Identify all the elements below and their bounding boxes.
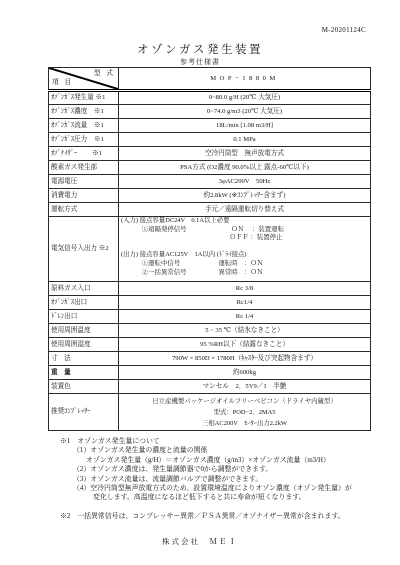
header-type-label: 型 式 (94, 70, 115, 78)
signal-line: ②一括異常信号 異常時 ：ＯＮ (121, 269, 368, 278)
row-value: PSA方式 (O2濃度 90.0%以上 露点-60℃以下) (119, 161, 371, 175)
row-label: 運転方式 (49, 203, 119, 217)
compressor-detail: 日立産機製パッケージオイルフリーベビコン（ドライヤ内蔵型） 型式：POD−2．2… (119, 394, 371, 431)
table-row: 使用周囲湿度95 %RH以下（結露なきこと） (49, 338, 371, 352)
row-value: 0~74.0 g/m3 (20℃ 大気圧) (119, 105, 371, 119)
table-row: ｵｿﾞﾅｲｻﾞｰ ※1空冷円筒型 無声放電方式 (49, 147, 371, 161)
table-row: ｵｿﾞﾝｶﾞｽ発生量 ※10~80.0 g/H (20℃ 大気圧) (49, 91, 371, 105)
note1-line: （2）オゾンガス濃度は、発生量調節器で0から調整ができます。 (60, 465, 380, 474)
table-row: 使用周囲温度5 ~ 35 ℃（結氷なきこと） (49, 324, 371, 338)
table-row: ｵｿﾞﾝｶﾞｽ流量 ※118L/min [1.08 m3/H] (49, 119, 371, 133)
note1-line: （4）空冷円筒型無声放電方式のため、設置環境温度によりオゾン濃度（オゾン発生量）… (60, 484, 380, 493)
row-value: 約2.8kW (※ｺﾝﾌﾟﾚｯｻｰ含まず) (119, 189, 371, 203)
row-value: Rc 1/4 (119, 310, 371, 324)
signal-line: ①運転中信号 運転時 ：ＯＮ (121, 260, 368, 269)
row-value: Rc 3/8 (119, 282, 371, 296)
row-label: 電源電圧 (49, 175, 119, 189)
note1-title: ※1 オゾンガス発生量について (60, 437, 380, 446)
row-value: 18L/min [1.08 m3/H] (119, 119, 371, 133)
row-label: ｵｿﾞﾝｶﾞｽ圧力 ※1 (49, 133, 119, 147)
row-value: 約600kg (119, 366, 371, 380)
row-value: マンセル 2．5Y9／1 半艶 (119, 380, 371, 394)
row-value: 790W × 850D × 1780H（ｷｬｽﾀｰ及び突起物含まず） (119, 352, 371, 366)
row-label: ｵｿﾞﾝｶﾞｽ出口 (49, 296, 119, 310)
table-row: ｵｿﾞﾝｶﾞｽ出口Rc1/4 (49, 296, 371, 310)
header-item-label: 項 目 (52, 79, 73, 87)
row-label: ﾄﾞﾚﾝ出口 (49, 310, 119, 324)
row-label: ｵｿﾞﾝｶﾞｽ流量 ※1 (49, 119, 119, 133)
row-value: 5 ~ 35 ℃（結氷なきこと） (119, 324, 371, 338)
signal-line: (出力) 接点容量AC125V 1A以内 (ﾄﾞﾗｲ接点) (121, 251, 368, 260)
note1-formula: オゾンガス発生量（g/H）＝オゾンガス濃度（g/m3）×オゾンガス流量（m3/H… (60, 456, 380, 465)
header-item-type-cell: 型 式 項 目 (49, 68, 119, 91)
signal-line: ①遠隔発停信号 ＯＮ ：装置運転 (121, 226, 368, 235)
signal-line: ＯＦＦ ：装置停止 (121, 234, 368, 243)
row-value: Rc1/4 (119, 296, 371, 310)
table-row: ｵｿﾞﾝｶﾞｽ圧力 ※10.1 MPa (49, 133, 371, 147)
notes-section-2: ※2 一括異常信号は、コンプレッサー異常／ＰＳＡ異常／オゾナイザー異常が含まれま… (60, 510, 390, 520)
signal-io-detail: (入力) 接点容量DC24V 0.1A以上必要 ①遠隔発停信号 ＯＮ ：装置運転… (119, 217, 371, 282)
row-value: 空冷円筒型 無声放電方式 (119, 147, 371, 161)
compressor-line: 三相AC200V ﾓｰﾀｰ出力2.2kW (121, 418, 368, 429)
row-value: 0~80.0 g/H (20℃ 大気圧) (119, 91, 371, 105)
row-label: 使用周囲湿度 (49, 338, 119, 352)
table-row: 原料ガス入口Rc 3/8 (49, 282, 371, 296)
table-row: 寸 法790W × 850D × 1780H（ｷｬｽﾀｰ及び突起物含まず） (49, 352, 371, 366)
table-row: 消費電力約2.8kW (※ｺﾝﾌﾟﾚｯｻｰ含まず) (49, 189, 371, 203)
row-label: ｵｿﾞﾝｶﾞｽ濃度 ※1 (49, 105, 119, 119)
spec-table: 型 式 項 目 MOP−1880M ｵｿﾞﾝｶﾞｽ発生量 ※10~80.0 g/… (48, 67, 371, 431)
spec-document-page: { "page": { "doc_number": "M-20201124C",… (0, 0, 400, 565)
table-row: 運転方式手元／遠隔運転切り替え式 (49, 203, 371, 217)
row-label: 推奨ｺﾝﾌﾟﾚｯｻｰ (49, 394, 119, 431)
document-number: M-20201124C (322, 26, 366, 34)
row-value: 95 %RH以下（結露なきこと） (119, 338, 371, 352)
row-label: 酸素ガス発生部 (49, 161, 119, 175)
note1-line: 変化します。高温度になるほど低下すると共に寿命が短くなります。 (60, 493, 380, 502)
row-label: ｵｿﾞﾝｶﾞｽ発生量 ※1 (49, 91, 119, 105)
note1-line: （1）オゾンガス発生量の濃度と流量の関係 (60, 446, 380, 455)
page-subtitle: 参考仕様書 (0, 57, 400, 67)
table-row: 重 量約600kg (49, 366, 371, 380)
footer-company-name: 株式会社 ＭＥＩ (0, 536, 400, 547)
table-row-signal-io: 電気信号入出力 ※2 (入力) 接点容量DC24V 0.1A以上必要 ①遠隔発停… (49, 217, 371, 282)
row-label: ｵｿﾞﾅｲｻﾞｰ ※1 (49, 147, 119, 161)
table-row: 酸素ガス発生部PSA方式 (O2濃度 90.0%以上 露点-60℃以下) (49, 161, 371, 175)
row-label: 使用周囲温度 (49, 324, 119, 338)
table-row-compressor: 推奨ｺﾝﾌﾟﾚｯｻｰ 日立産機製パッケージオイルフリーベビコン（ドライヤ内蔵型）… (49, 394, 371, 431)
row-label: 原料ガス入口 (49, 282, 119, 296)
signal-line: (入力) 接点容量DC24V 0.1A以上必要 (121, 217, 368, 226)
table-header-row: 型 式 項 目 MOP−1880M (49, 68, 371, 91)
model-number-cell: MOP−1880M (119, 68, 371, 91)
compressor-line: 日立産機製パッケージオイルフリーベビコン（ドライヤ内蔵型） (121, 396, 368, 407)
page-title: オゾンガス発生装置 (0, 41, 400, 57)
row-label: 消費電力 (49, 189, 119, 203)
table-row: ﾄﾞﾚﾝ出口Rc 1/4 (49, 310, 371, 324)
table-row: 電源電圧3φAC200V 50Hz (49, 175, 371, 189)
row-label: 電気信号入出力 ※2 (49, 217, 119, 282)
row-value: 0.1 MPa (119, 133, 371, 147)
row-label: 装置色 (49, 380, 119, 394)
row-label: 寸 法 (49, 352, 119, 366)
row-label: 重 量 (49, 366, 119, 380)
compressor-line: 型式：POD−2．2MA5 (121, 407, 368, 418)
notes-section-1: ※1 オゾンガス発生量について （1）オゾンガス発生量の濃度と流量の関係 オゾン… (60, 437, 380, 503)
row-value: 3φAC200V 50Hz (119, 175, 371, 189)
note1-line: （3）オゾンガス流量は、流量調節バルブで調整ができます。 (60, 475, 380, 484)
table-row: ｵｿﾞﾝｶﾞｽ濃度 ※10~74.0 g/m3 (20℃ 大気圧) (49, 105, 371, 119)
row-value: 手元／遠隔運転切り替え式 (119, 203, 371, 217)
table-row: 装置色マンセル 2．5Y9／1 半艶 (49, 380, 371, 394)
